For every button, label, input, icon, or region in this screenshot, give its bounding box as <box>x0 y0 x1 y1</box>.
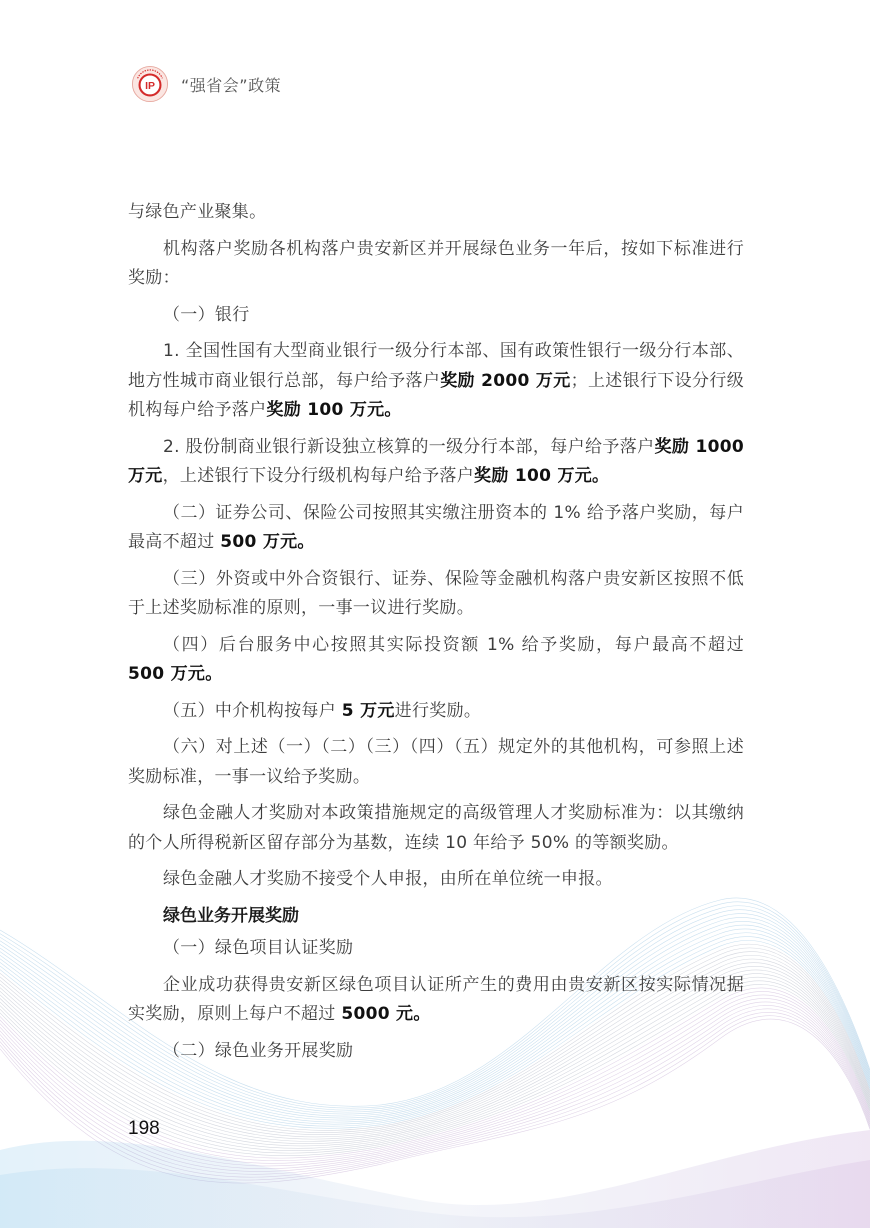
emphasis-text: 奖励 100 万元。 <box>474 466 609 486</box>
paragraph: 1. 全国性国有大型商业银行一级分行本部、国有政策性银行一级分行本部、地方性城市… <box>128 337 744 426</box>
paragraph: 绿色金融人才奖励对本政策措施规定的高级管理人才奖励标准为：以其缴纳的个人所得税新… <box>128 799 744 858</box>
paragraph: 企业成功获得贵安新区绿色项目认证所产生的费用由贵安新区按实际情况据实奖励，原则上… <box>128 971 744 1030</box>
circular-red-emblem-icon: IP <box>131 65 169 103</box>
emphasis-text: 奖励 100 万元。 <box>266 400 401 420</box>
body-text: （六）对上述（一）（二）（三）（四）（五）规定外的其他机构，可参照上述奖励标准，… <box>128 737 744 787</box>
body-text: （一）绿色项目认证奖励 <box>163 938 353 958</box>
page-header: IP “强省会”政策 <box>131 64 281 104</box>
body-text: （一）银行 <box>163 305 250 325</box>
section-heading: 绿色业务开展奖励 <box>128 902 744 932</box>
body-text: 2. 股份制商业银行新设独立核算的一级分行本部，每户给予落户 <box>163 437 654 457</box>
body-text: 绿色业务开展奖励 <box>163 906 299 926</box>
body-text: 进行奖励。 <box>395 701 482 721</box>
emphasis-text: 500 万元。 <box>220 532 315 552</box>
body-text: 绿色金融人才奖励不接受个人申报，由所在单位统一申报。 <box>163 869 613 889</box>
emphasis-text: 5000 元。 <box>341 1004 430 1024</box>
header-title: “强省会”政策 <box>181 73 281 96</box>
paragraph: 与绿色产业聚集。 <box>128 198 744 228</box>
paragraph: （五）中介机构按每户 5 万元进行奖励。 <box>128 697 744 727</box>
paragraph: （三）外资或中外合资银行、证券、保险等金融机构落户贵安新区按照不低于上述奖励标准… <box>128 565 744 624</box>
paragraph: （二）证券公司、保险公司按照其实缴注册资本的 1% 给予落户奖励，每户最高不超过… <box>128 499 744 558</box>
body-text: 机构落户奖励各机构落户贵安新区并开展绿色业务一年后，按如下标准进行奖励： <box>128 239 744 289</box>
body-text: 与绿色产业聚集。 <box>128 202 266 222</box>
svg-text:IP: IP <box>145 81 155 92</box>
body-text: 绿色金融人才奖励对本政策措施规定的高级管理人才奖励标准为：以其缴纳的个人所得税新… <box>128 803 744 853</box>
document-body: 与绿色产业聚集。机构落户奖励各机构落户贵安新区并开展绿色业务一年后，按如下标准进… <box>128 198 744 1073</box>
body-text: （四）后台服务中心按照其实际投资额 1% 给予奖励，每户最高不超过 <box>163 635 744 655</box>
body-text: （二）绿色业务开展奖励 <box>163 1041 353 1061</box>
body-text: （五）中介机构按每户 <box>163 701 342 721</box>
emphasis-text: 5 万元 <box>342 701 395 721</box>
paragraph: （四）后台服务中心按照其实际投资额 1% 给予奖励，每户最高不超过 500 万元… <box>128 631 744 690</box>
paragraph: （一）绿色项目认证奖励 <box>128 934 744 964</box>
paragraph: （一）银行 <box>128 301 744 331</box>
paragraph: 绿色金融人才奖励不接受个人申报，由所在单位统一申报。 <box>128 865 744 895</box>
paragraph: （六）对上述（一）（二）（三）（四）（五）规定外的其他机构，可参照上述奖励标准，… <box>128 733 744 792</box>
emphasis-text: 500 万元。 <box>128 664 223 684</box>
paragraph: （二）绿色业务开展奖励 <box>128 1037 744 1067</box>
emphasis-text: 奖励 2000 万元 <box>440 371 570 391</box>
body-text: 企业成功获得贵安新区绿色项目认证所产生的费用由贵安新区按实际情况据实奖励，原则上… <box>128 975 744 1025</box>
page-number: 198 <box>128 1118 160 1140</box>
paragraph: 机构落户奖励各机构落户贵安新区并开展绿色业务一年后，按如下标准进行奖励： <box>128 235 744 294</box>
body-text: （三）外资或中外合资银行、证券、保险等金融机构落户贵安新区按照不低于上述奖励标准… <box>128 569 744 619</box>
paragraph: 2. 股份制商业银行新设独立核算的一级分行本部，每户给予落户奖励 1000 万元… <box>128 433 744 492</box>
body-text: ，上述银行下设分行级机构每户给予落户 <box>163 466 474 486</box>
